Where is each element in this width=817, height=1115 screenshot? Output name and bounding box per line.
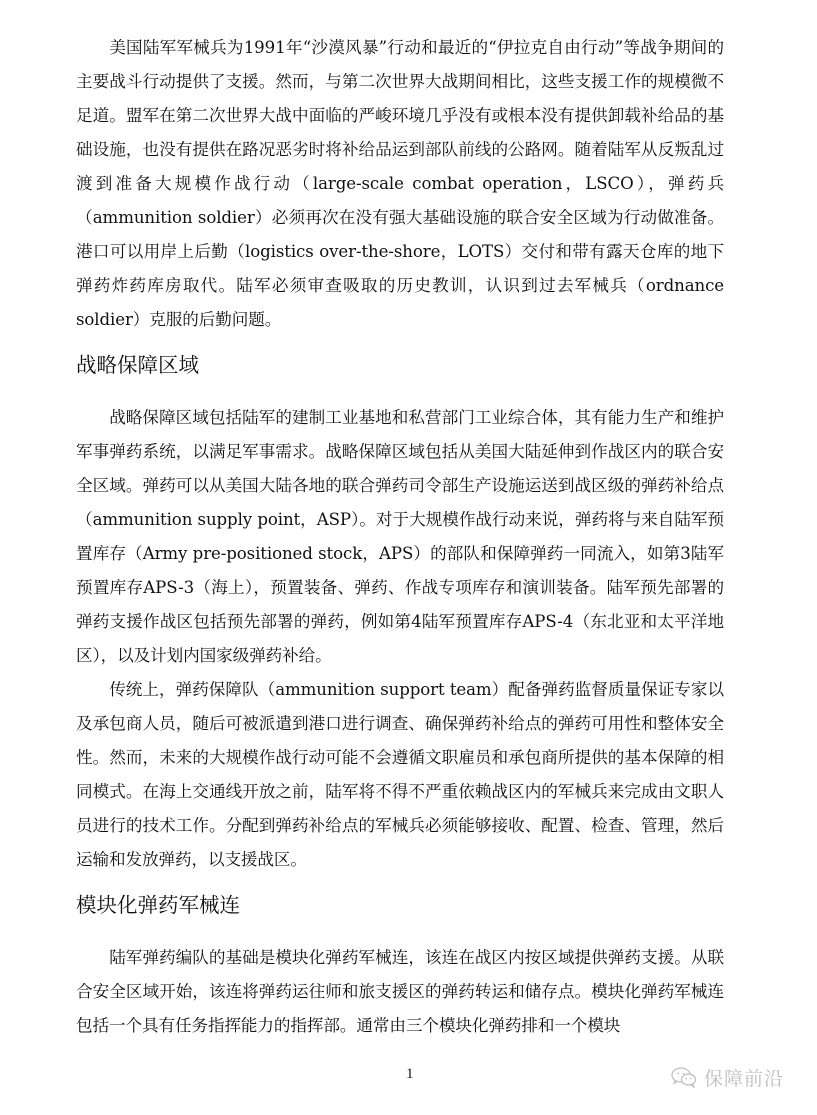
paragraph: 传统上，弹药保障队（ammunition support team）配备弹药监督… (76, 673, 724, 877)
wechat-icon (670, 1066, 698, 1088)
page-number: 1 (406, 1066, 414, 1083)
section-heading-strategic-support-area: 战略保障区域 (76, 351, 724, 379)
paragraph: 陆军弹药编队的基础是模块化弹药军械连，该连在战区内按区域提供弹药支援。从联合安全… (76, 941, 724, 1043)
document-page: 美国陆军军械兵为1991年“沙漠风暴”行动和最近的“伊拉克自由行动”等战争期间的… (0, 0, 817, 1115)
paragraph: 战略保障区域包括陆军的建制工业基地和私营部门工业综合体，其有能力生产和维护军事弹… (76, 401, 724, 673)
watermark: 保障前沿 (670, 1064, 784, 1090)
watermark-text: 保障前沿 (704, 1064, 784, 1091)
section-heading-modular-ammunition-company: 模块化弹药军械连 (76, 891, 724, 919)
document-body: 美国陆军军械兵为1991年“沙漠风暴”行动和最近的“伊拉克自由行动”等战争期间的… (76, 31, 724, 1043)
intro-paragraph: 美国陆军军械兵为1991年“沙漠风暴”行动和最近的“伊拉克自由行动”等战争期间的… (76, 31, 724, 337)
